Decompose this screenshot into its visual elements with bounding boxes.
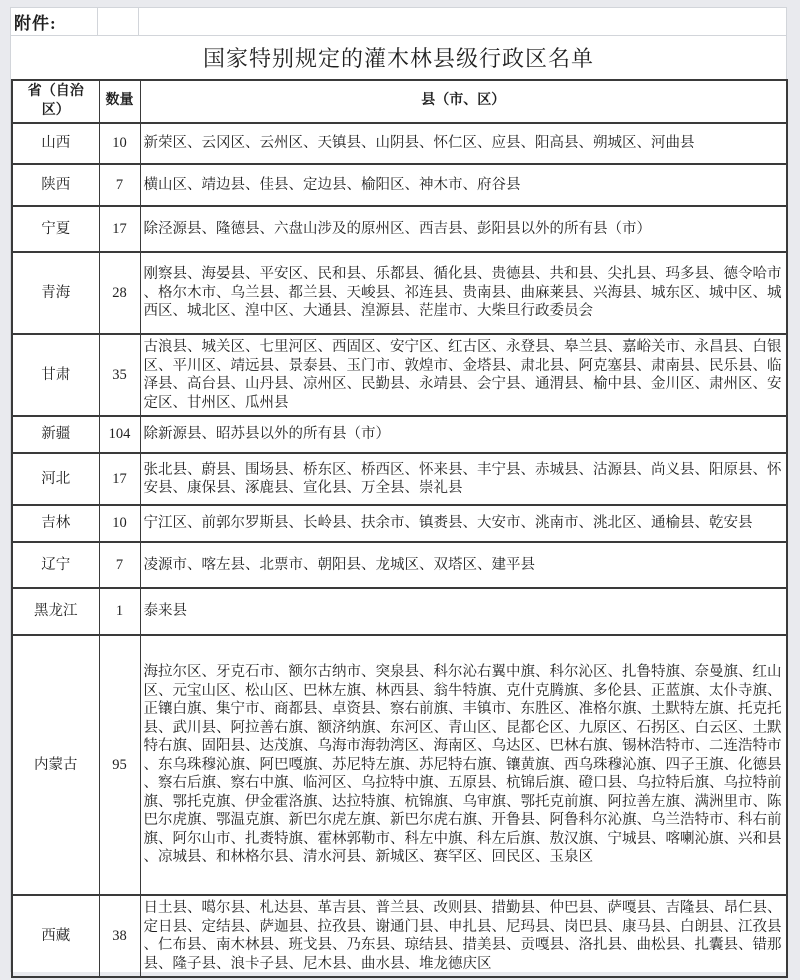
table-row: 内蒙古 95 海拉尔区、牙克石市、额尔古纳市、突泉县、科尔沁右翼中旗、科尔沁区、… [12,635,787,895]
column-header-counties: 县（市、区） [140,80,787,123]
count-cell: 35 [99,334,140,416]
attachment-spacer-cell-wide [139,8,786,35]
province-cell: 吉林 [12,505,99,542]
regions-table: 省（自治区） 数量 县（市、区） 山西 10 新荣区、云冈区、云州区、天镇县、山… [11,79,788,978]
table-row: 西藏 38 日土县、噶尔县、札达县、革吉县、普兰县、改则县、措勤县、仲巴县、萨嘎… [12,895,787,977]
title-row: 国家特别规定的灌木林县级行政区名单 [11,36,786,79]
count-cell: 28 [99,252,140,334]
table-header-row: 省（自治区） 数量 县（市、区） [12,80,787,123]
count-cell: 10 [99,123,140,164]
page-title: 国家特别规定的灌木林县级行政区名单 [203,42,594,73]
attachment-label: 附件: [11,8,98,35]
province-cell: 新疆 [12,416,99,453]
counties-cell: 张北县、蔚县、围场县、桥东区、桥西区、怀来县、丰宁县、赤城县、沽源县、尚义县、阳… [140,453,787,505]
column-header-province: 省（自治区） [12,80,99,123]
counties-cell: 刚察县、海晏县、平安区、民和县、乐都县、循化县、贵德县、共和县、尖扎县、玛多县、… [140,252,787,334]
count-cell: 38 [99,895,140,977]
count-cell: 104 [99,416,140,453]
counties-cell: 除泾源县、隆德县、六盘山涉及的原州区、西吉县、彭阳县以外的所有县（市） [140,206,787,252]
table-row: 辽宁 7 凌源市、喀左县、北票市、朝阳县、龙城区、双塔区、建平县 [12,542,787,588]
counties-cell: 横山区、靖边县、佳县、定边县、榆阳区、神木市、府谷县 [140,164,787,206]
province-cell: 青海 [12,252,99,334]
counties-cell: 宁江区、前郭尔罗斯县、长岭县、扶余市、镇赉县、大安市、洮南市、洮北区、通榆县、乾… [140,505,787,542]
counties-cell: 古浪县、城关区、七里河区、西固区、安宁区、红古区、永登县、皋兰县、嘉峪关市、永昌… [140,334,787,416]
table-row: 吉林 10 宁江区、前郭尔罗斯县、长岭县、扶余市、镇赉县、大安市、洮南市、洮北区… [12,505,787,542]
table-row: 河北 17 张北县、蔚县、围场县、桥东区、桥西区、怀来县、丰宁县、赤城县、沽源县… [12,453,787,505]
counties-cell: 泰来县 [140,588,787,635]
counties-cell: 除新源县、昭苏县以外的所有县（市） [140,416,787,453]
count-cell: 17 [99,453,140,505]
province-cell: 宁夏 [12,206,99,252]
table-row: 宁夏 17 除泾源县、隆德县、六盘山涉及的原州区、西吉县、彭阳县以外的所有县（市… [12,206,787,252]
count-cell: 17 [99,206,140,252]
province-cell: 山西 [12,123,99,164]
province-cell: 黑龙江 [12,588,99,635]
table-row: 陕西 7 横山区、靖边县、佳县、定边县、榆阳区、神木市、府谷县 [12,164,787,206]
column-header-count: 数量 [99,80,140,123]
province-cell: 西藏 [12,895,99,977]
count-cell: 1 [99,588,140,635]
table-row: 甘肃 35 古浪县、城关区、七里河区、西固区、安宁区、红古区、永登县、皋兰县、嘉… [12,334,787,416]
attachment-spacer-cell [98,8,139,35]
count-cell: 7 [99,164,140,206]
province-cell: 辽宁 [12,542,99,588]
counties-cell: 日土县、噶尔县、札达县、革吉县、普兰县、改则县、措勤县、仲巴县、萨嘎县、吉隆县、… [140,895,787,977]
counties-cell: 新荣区、云冈区、云州区、天镇县、山阴县、怀仁区、应县、阳高县、朔城区、河曲县 [140,123,787,164]
counties-cell: 凌源市、喀左县、北票市、朝阳县、龙城区、双塔区、建平县 [140,542,787,588]
table-row: 青海 28 刚察县、海晏县、平安区、民和县、乐都县、循化县、贵德县、共和县、尖扎… [12,252,787,334]
province-cell: 陕西 [12,164,99,206]
province-cell: 河北 [12,453,99,505]
table-row: 黑龙江 1 泰来县 [12,588,787,635]
table-row: 山西 10 新荣区、云冈区、云州区、天镇县、山阴县、怀仁区、应县、阳高县、朔城区… [12,123,787,164]
counties-cell: 海拉尔区、牙克石市、额尔古纳市、突泉县、科尔沁右翼中旗、科尔沁区、扎鲁特旗、奈曼… [140,635,787,895]
province-cell: 内蒙古 [12,635,99,895]
attachment-row: 附件: [11,8,786,36]
count-cell: 7 [99,542,140,588]
count-cell: 95 [99,635,140,895]
document-sheet: 附件: 国家特别规定的灌木林县级行政区名单 省（自治区） 数量 县（市、区） 山… [10,7,787,972]
table-row: 新疆 104 除新源县、昭苏县以外的所有县（市） [12,416,787,453]
count-cell: 10 [99,505,140,542]
province-cell: 甘肃 [12,334,99,416]
